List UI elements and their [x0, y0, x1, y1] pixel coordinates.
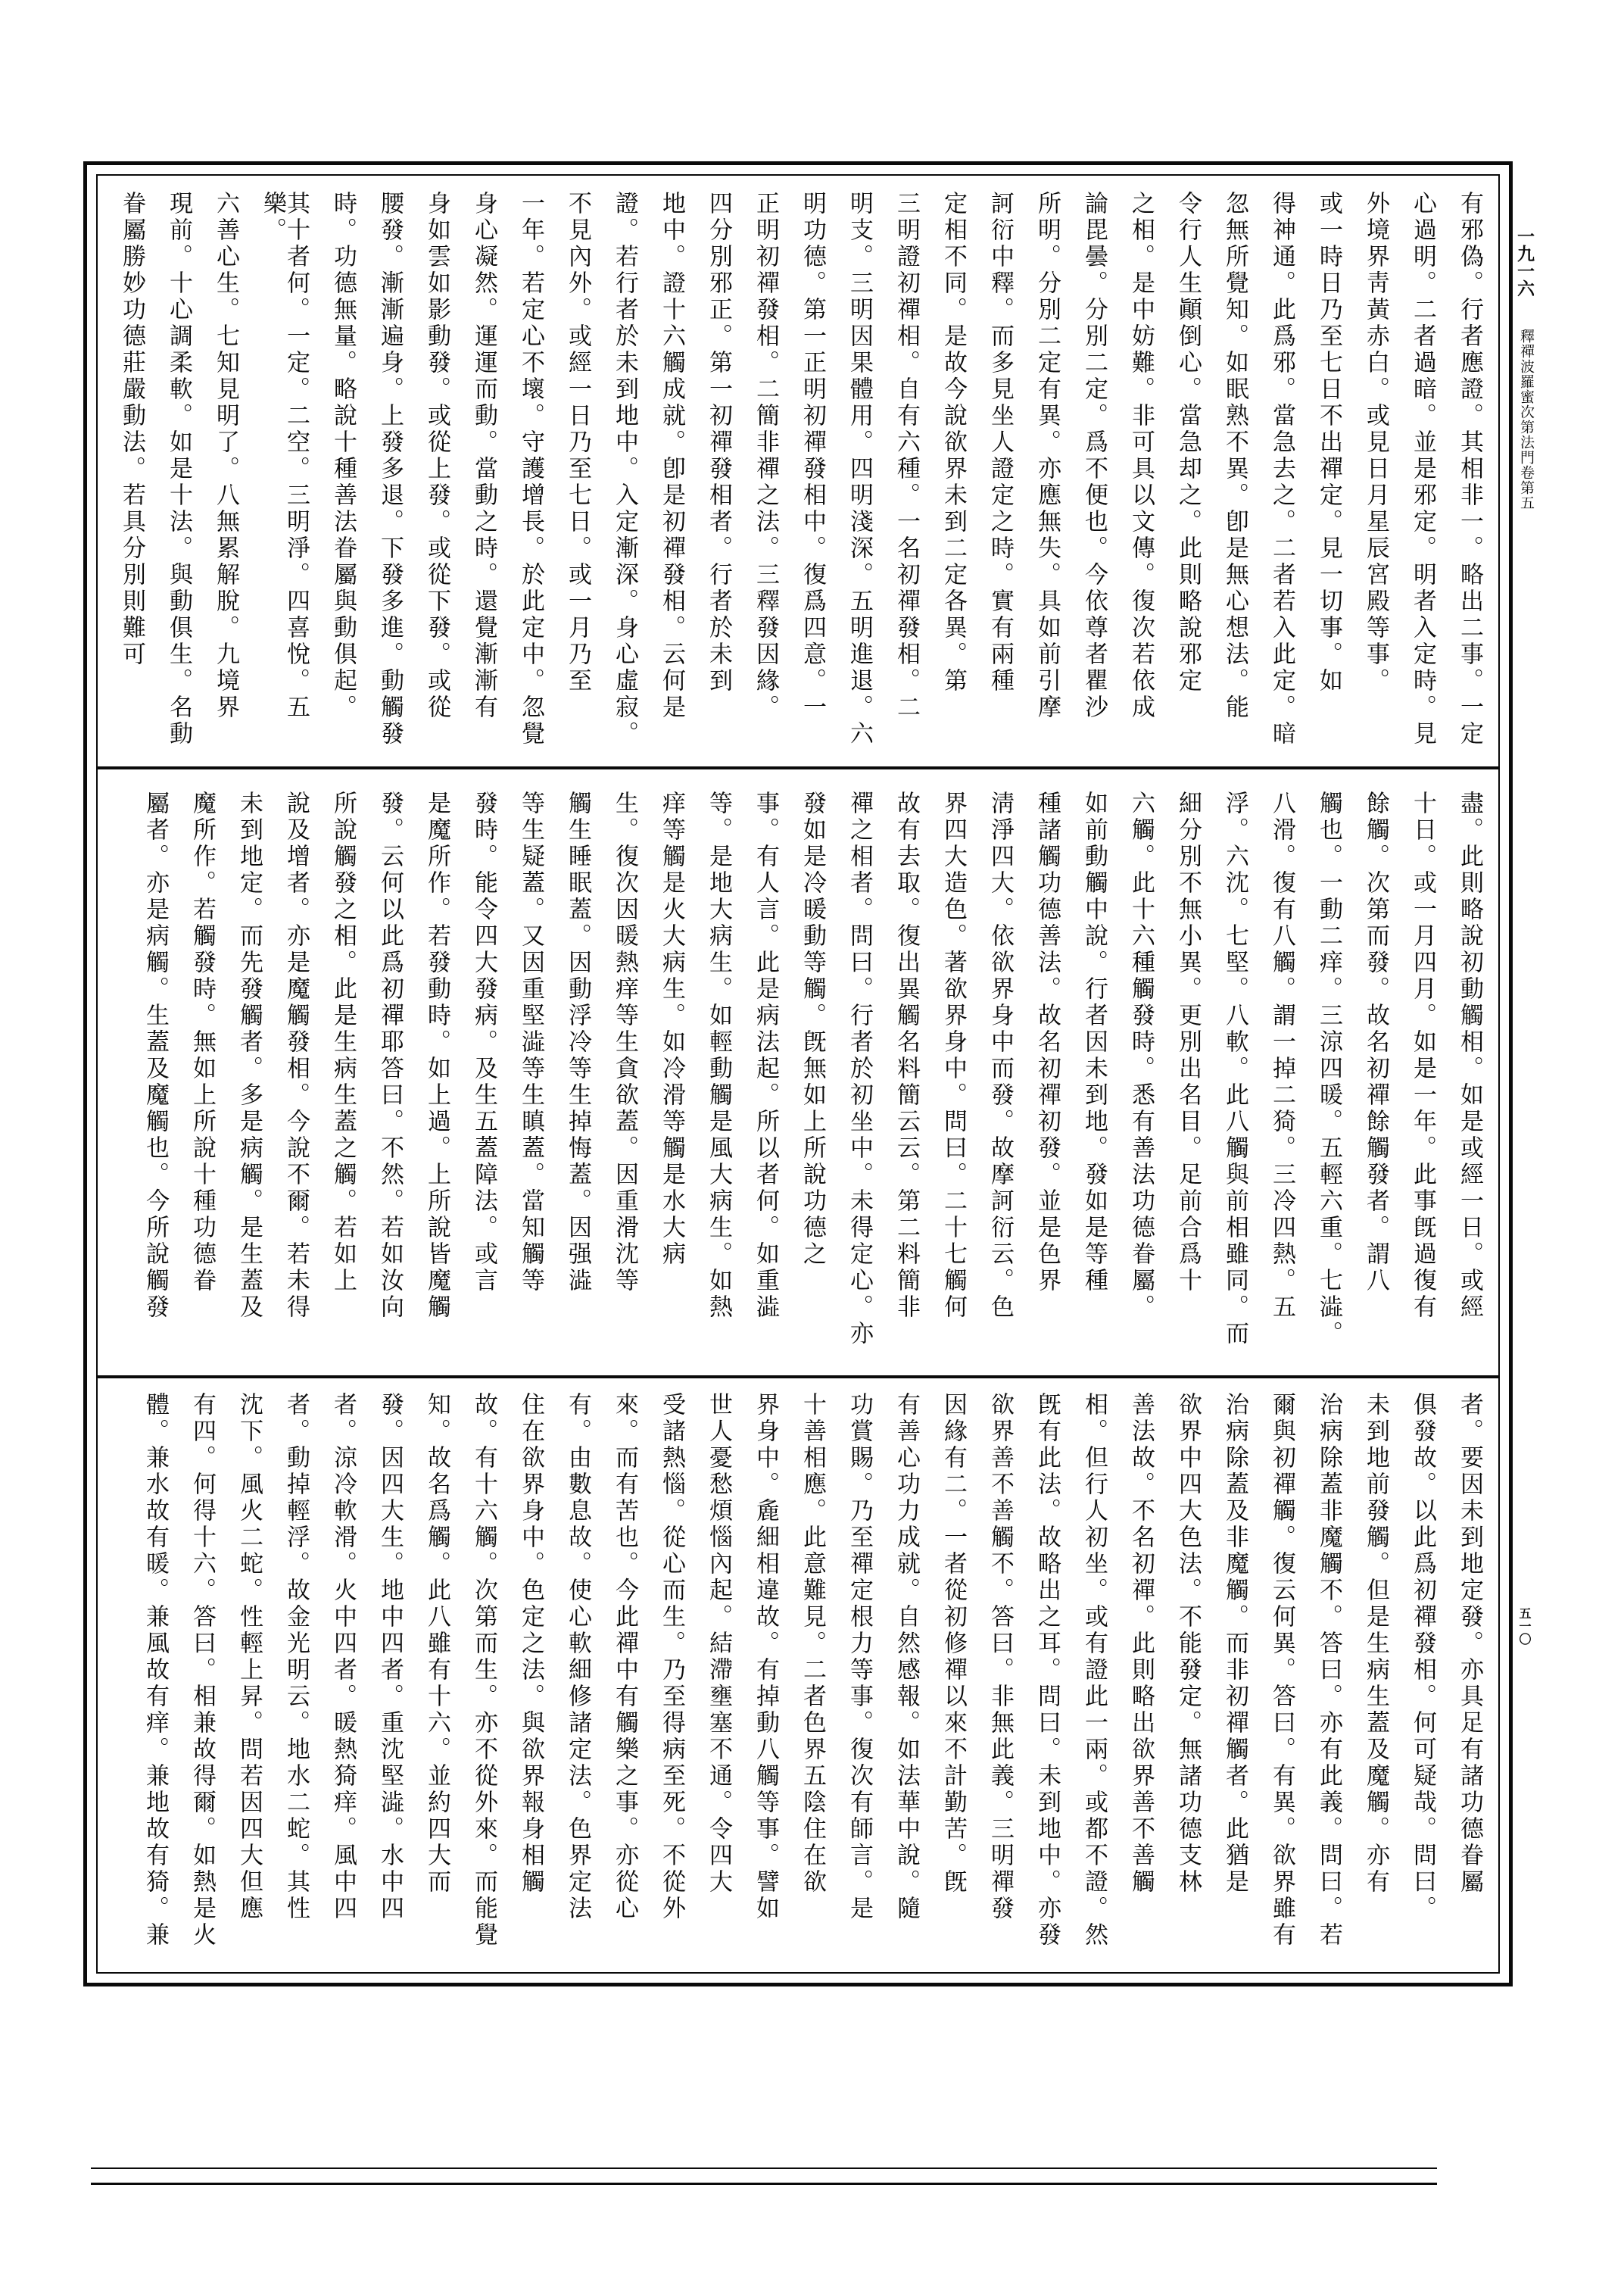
text-column: 發時。能令四大發病。及生五蓋障法。或言	[472, 791, 496, 1360]
text-column: 未到地前發觸。但是生病生蓋及魔觸。亦有	[1364, 1392, 1388, 1965]
text-column: 善法故。不名初禪。此則略出欲界善不善觸	[1130, 1392, 1153, 1965]
text-column: 論毘曇。分別二定。爲不便也。今依尊者瞿沙	[1083, 191, 1106, 760]
text-column: 十善相應。此意難見。二者色界五陰住在欲	[801, 1392, 824, 1965]
text-column: 所說觸發之相。此是生病生蓋之觸。若如上	[332, 791, 355, 1360]
text-column: 之相。是中妨難。非可具以文傳。復次若依成	[1130, 191, 1153, 760]
text-column: 眷屬勝妙功德莊嚴動法。若具分別則難可	[120, 191, 144, 760]
text-column: 浮。六沈。七堅。八軟。此八觸與前相雖同。而	[1223, 791, 1247, 1360]
text-column: 正明初禪發相。二簡非禪之法。三釋發因緣。	[754, 191, 778, 760]
page-border-inner: 有邪偽。行者應證。其相非一。略出二事。一定心過明。二者過暗。並是邪定。明者入定時…	[96, 174, 1500, 1974]
text-column: 證。若行者於未到地中。入定漸深。身心虛寂。	[613, 191, 637, 760]
text-column: 明功德。第一正明初禪發相中。復爲四意。一	[801, 191, 824, 760]
text-column: 禪之相者。問曰。行者於初坐中。未得定心。亦	[848, 791, 871, 1360]
page-border-outer: 有邪偽。行者應證。其相非一。略出二事。一定心過明。二者過暗。並是邪定。明者入定時…	[83, 161, 1513, 1986]
text-column: 生。復次因暖熱痒等生貪欲蓋。因重滑沈等	[613, 791, 637, 1360]
text-column: 者。要因未到地定發。亦具足有諸功德眷屬	[1458, 1392, 1482, 1965]
text-column: 故。有十六觸。次第而生。亦不從外來。而能覺	[472, 1392, 496, 1965]
text-column: 欲界中四大色法。不能發定。無諸功德支林	[1177, 1392, 1200, 1965]
text-column: 四分別邪正。第一初禪發相者。行者於未到	[707, 191, 731, 760]
band-separator-2	[98, 1375, 1498, 1378]
text-column: 有邪偽。行者應證。其相非一。略出二事。一定	[1458, 191, 1482, 760]
text-column: 體。兼水故有暖。兼風故有痒。兼地故有猗。兼	[144, 1392, 167, 1965]
text-column: 未到地定。而先發觸者。多是病觸。是生蓋及	[238, 791, 261, 1360]
text-band-middle: 盡。此則略說初動觸相。如是或經一日。或經十日。或一月四月。如是一年。此事旣過復有…	[104, 791, 1482, 1360]
text-column: 餘觸。次第而發。故名初禪餘觸發者。謂八	[1364, 791, 1388, 1360]
text-column: 欲界善不善觸不。答曰。非無此義。三明禪發	[989, 1392, 1012, 1965]
text-column: 沈下。風火二蛇。性輕上昇。問若因四大但應	[238, 1392, 261, 1965]
text-column: 有。由數息故。使心軟細修諸定法。色界定法	[566, 1392, 590, 1965]
text-column: 來。而有苦也。今此禪中有觸樂之事。亦從心	[613, 1392, 637, 1965]
text-column: 屬者。亦是病觸。生蓋及魔觸也。今所說觸發	[144, 791, 167, 1360]
text-column: 或一時日乃至七日不出禪定。見一切事。如	[1317, 191, 1341, 760]
text-column: 忽無所覺知。如眠熟不異。卽是無心想法。能	[1223, 191, 1247, 760]
text-column: 六善心生。七知見明了。八無累解脫。九境界	[214, 191, 238, 760]
text-column: 界身中。麁細相違故。有掉動八觸等事。譬如	[754, 1392, 778, 1965]
text-column: 腰發。漸漸遍身。上發多退。下發多進。動觸發	[379, 191, 402, 760]
text-column: 其十者何。一定。二空。三明淨。四喜悅。五樂。	[261, 191, 308, 760]
text-column: 觸生睡眠蓋。因動浮冷等生掉悔蓋。因强澁	[566, 791, 590, 1360]
text-column: 六觸。此十六種觸發時。悉有善法功德眷屬。	[1130, 791, 1153, 1360]
text-column: 住在欲界身中。色定之法。與欲界報身相觸	[519, 1392, 543, 1965]
text-column: 定相不同。是故今說欲界未到二定各異。第	[942, 191, 965, 760]
text-column: 世人憂愁煩惱內起。結滯壅塞不通。令四大	[707, 1392, 731, 1965]
text-column: 知。故名爲觸。此八雖有十六。並約四大而	[425, 1392, 449, 1965]
band-separator-1	[98, 766, 1498, 769]
text-column: 身心凝然。運運而動。當動之時。還覺漸漸有	[472, 191, 496, 760]
text-column: 外境界靑黃赤白。或見日月星辰宮殿等事。	[1364, 191, 1388, 760]
footer-rule-thick	[91, 2183, 1437, 2185]
text-band-bottom: 者。要因未到地定發。亦具足有諸功德眷屬俱發故。以此爲初禪發相。何可疑哉。問曰。未…	[104, 1392, 1482, 1965]
text-column: 心過明。二者過暗。並是邪定。明者入定時。見	[1411, 191, 1435, 760]
text-column: 細分別不無小異。更別出名目。足前合爲十	[1177, 791, 1200, 1360]
text-column: 爾與初禪觸。復云何異。答曰。有異。欲界雖有	[1270, 1392, 1294, 1965]
text-column: 時。功德無量。略說十種善法眷屬與動俱起。	[332, 191, 355, 760]
text-column: 相。但行人初坐。或有證此一兩。或都不證。然	[1083, 1392, 1106, 1965]
text-column: 治病除蓋及非魔觸。而非初禪觸者。此猶是	[1223, 1392, 1247, 1965]
text-column: 魔所作。若觸發時。無如上所說十種功德眷	[191, 791, 214, 1360]
text-column: 治病除蓋非魔觸不。答曰。亦有此義。問曰。若	[1317, 1392, 1341, 1965]
text-column: 十日。或一月四月。如是一年。此事旣過復有	[1411, 791, 1435, 1360]
text-column: 地中。證十六觸成就。卽是初禪發相。云何是	[660, 191, 684, 760]
text-column: 界四大造色。著欲界身中。問曰。二十七觸何	[942, 791, 965, 1360]
text-column: 者。涼冷軟滑。火中四者。暖熱猗痒。風中四	[332, 1392, 355, 1965]
text-column: 旣有此法。故略出之耳。問曰。未到地中。亦發	[1036, 1392, 1059, 1965]
text-column: 痒等觸是火大病生。如冷滑等觸是水大病	[660, 791, 684, 1360]
text-column: 八滑。復有八觸。謂一掉二猗。三冷四熱。五	[1270, 791, 1294, 1360]
page-number: 五一〇	[1517, 1607, 1529, 1646]
text-column: 俱發故。以此爲初禪發相。何可疑哉。問曰。	[1411, 1392, 1435, 1965]
text-band-top: 有邪偽。行者應證。其相非一。略出二事。一定心過明。二者過暗。並是邪定。明者入定時…	[104, 191, 1482, 760]
text-column: 功賞賜。乃至禪定根力等事。復次有師言。是	[848, 1392, 871, 1965]
text-column: 三明證初禪相。自有六種。一名初禪發相。二	[895, 191, 918, 760]
text-column: 明支。三明因果體用。四明淺深。五明進退。六	[848, 191, 871, 760]
scripture-title: 釋禪波羅蜜次第法門卷第五	[1519, 329, 1533, 510]
text-column: 事。有人言。此是病法起。所以者何。如重澁	[754, 791, 778, 1360]
text-column: 得神通。此爲邪。當急去之。二者若入此定。暗	[1270, 191, 1294, 760]
text-column: 說及增者。亦是魔觸發相。今說不爾。若未得	[285, 791, 308, 1360]
scanned-canon-page: 有邪偽。行者應證。其相非一。略出二事。一定心過明。二者過暗。並是邪定。明者入定時…	[0, 0, 1624, 2272]
text-column: 是魔所作。若發動時。如上過。上所說皆魔觸	[425, 791, 449, 1360]
text-column: 發如是冷暖動等觸。旣無如上所說功德之	[801, 791, 824, 1360]
text-column: 盡。此則略說初動觸相。如是或經一日。或經	[1458, 791, 1482, 1360]
text-column: 故有去取。復出異觸名料簡云云。第二料簡非	[895, 791, 918, 1360]
text-column: 訶衍中釋。而多見坐人證定之時。實有兩種	[989, 191, 1012, 760]
text-column: 有四。何得十六。答曰。相兼故得爾。如熱是火	[191, 1392, 214, 1965]
text-column: 有善心功力成就。自然感報。如法華中說。隨	[895, 1392, 918, 1965]
text-column: 發。因四大生。地中四者。重沈堅澁。水中四	[379, 1392, 402, 1965]
text-column: 因緣有二。一者從初修禪以來不計勤苦。旣	[942, 1392, 965, 1965]
text-column: 令行人生顚倒心。當急却之。此則略說邪定	[1177, 191, 1200, 760]
text-column: 發。云何以此爲初禪耶答曰。不然。若如汝向	[379, 791, 402, 1360]
text-column: 如前動觸中說。行者因未到地。發如是等種	[1083, 791, 1106, 1360]
taisho-text-number: 一九一六	[1516, 227, 1533, 297]
text-column: 種諸觸功德善法。故名初禪初發。並是色界	[1036, 791, 1059, 1360]
footer-rule-thin	[91, 2167, 1437, 2169]
text-column: 等生疑蓋。又因重堅澁等生瞋蓋。當知觸等	[519, 791, 543, 1360]
text-column: 身如雲如影動發。或從上發。或從下發。或從	[425, 191, 449, 760]
text-column: 受諸熱惱。從心而生。乃至得病至死。不從外	[660, 1392, 684, 1965]
text-column: 淸淨四大。依欲界身中而發。故摩訶衍云。色	[989, 791, 1012, 1360]
text-column: 現前。十心調柔軟。如是十法。與動俱生。名動	[167, 191, 191, 760]
text-column: 一年。若定心不壞。守護增長。於此定中。忽覺	[519, 191, 543, 760]
text-column: 觸也。一動二痒。三涼四暖。五輕六重。七澁。	[1317, 791, 1341, 1360]
text-column: 等。是地大病生。如輕動觸是風大病生。如熱	[707, 791, 731, 1360]
text-column: 不見內外。或經一日乃至七日。或一月乃至	[566, 191, 590, 760]
text-column: 者。動掉輕浮。故金光明云。地水二蛇。其性	[285, 1392, 308, 1965]
text-column: 所明。分別二定有異。亦應無失。具如前引摩	[1036, 191, 1059, 760]
